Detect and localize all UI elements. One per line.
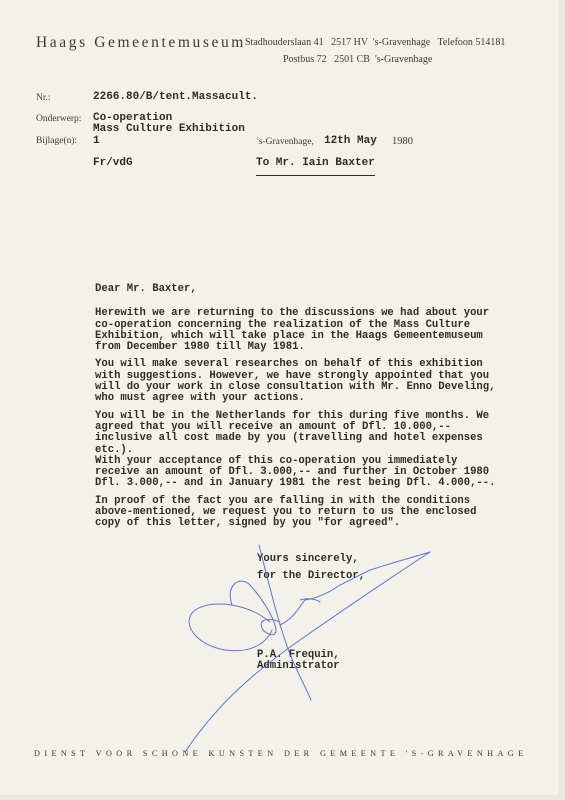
paragraph-2: You will make several researches on beha… <box>95 359 535 404</box>
signatory-title: Administrator <box>257 660 340 672</box>
addressee: To Mr. Iain Baxter <box>256 157 375 176</box>
year-value: 1980 <box>392 136 413 147</box>
initials: Fr/vdG <box>93 157 133 169</box>
date-value: 12th May <box>324 135 377 147</box>
enclosure-label: Bijlage(n): <box>36 136 77 146</box>
letter-page: Haags Gemeentemuseum Stadhouderslaan 41 … <box>0 0 558 795</box>
paragraph-3: You will be in the Netherlands for this … <box>95 411 535 490</box>
closing: Yours sincerely, <box>257 553 359 565</box>
address-line-2: Postbus 72 2501 CB 's-Gravenhage <box>283 54 432 65</box>
letter-body: Dear Mr. Baxter, Herewith we are returni… <box>95 284 535 536</box>
subject-label: Onderwerp: <box>36 114 81 124</box>
place-label: 's-Gravenhage, <box>257 137 314 147</box>
museum-name: Haags Gemeentemuseum <box>36 34 246 52</box>
salutation: Dear Mr. Baxter, <box>95 284 535 295</box>
paragraph-1: Herewith we are returning to the discuss… <box>95 308 535 353</box>
address-line-1: Stadhouderslaan 41 2517 HV 's-Gravenhage… <box>245 37 505 48</box>
nr-label: Nr.: <box>36 93 51 103</box>
subject-line-2: Mass Culture Exhibition <box>93 123 245 135</box>
footer-text: DIENST VOOR SCHONE KUNSTEN DER GEMEENTE … <box>34 749 528 758</box>
enclosure-value: 1 <box>93 135 100 147</box>
nr-value: 2266.80/B/tent.Massacult. <box>93 91 258 103</box>
closing-for: for the Director, <box>257 570 365 582</box>
paragraph-4: In proof of the fact you are falling in … <box>95 496 535 530</box>
